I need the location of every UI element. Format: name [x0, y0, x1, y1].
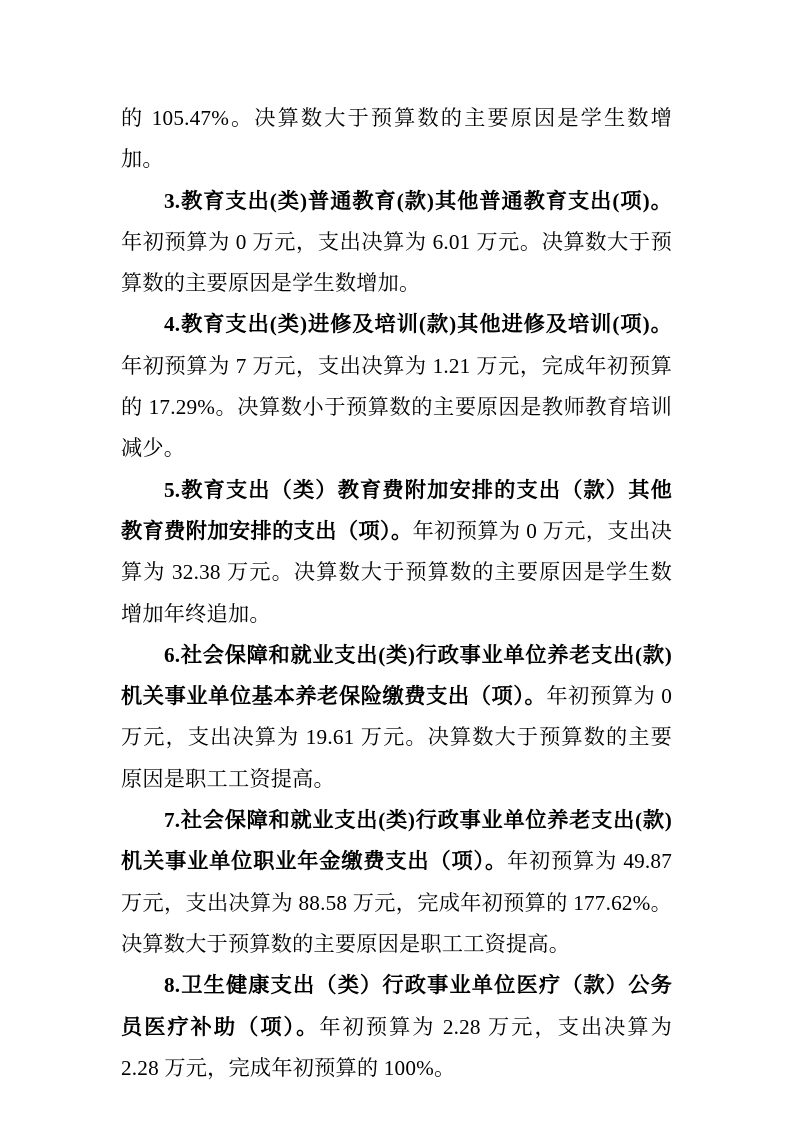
body-segment: 的 105.47%。决算数大于预算数的主要原因是学生数增加。	[121, 106, 672, 171]
paragraph: 3.教育支出(类)普通教育(款)其他普通教育支出(项)。年初预算为 0 万元，支…	[121, 181, 672, 305]
document-page: 的 105.47%。决算数大于预算数的主要原因是学生数增加。3.教育支出(类)普…	[0, 0, 793, 1122]
paragraph: 6.社会保障和就业支出(类)行政事业单位养老支出(款)机关事业单位基本养老保险缴…	[121, 635, 672, 800]
paragraph: 的 105.47%。决算数大于预算数的主要原因是学生数增加。	[121, 98, 672, 181]
body-segment: 年初预算为 7 万元，支出决算为 1.21 万元，完成年初预算的 17.29%。…	[121, 354, 672, 461]
paragraph: 5.教育支出（类）教育费附加安排的支出（款）其他教育费附加安排的支出（项）。年初…	[121, 470, 672, 635]
document-body: 的 105.47%。决算数大于预算数的主要原因是学生数增加。3.教育支出(类)普…	[121, 98, 672, 1089]
body-segment: 年初预算为 0 万元，支出决算为 6.01 万元。决算数大于预算数的主要原因是学…	[121, 230, 672, 295]
heading-segment: 3.教育支出(类)普通教育(款)其他普通教育支出(项)。	[164, 189, 672, 213]
heading-segment: 4.教育支出(类)进修及培训(款)其他进修及培训(项)。	[164, 312, 672, 336]
paragraph: 4.教育支出(类)进修及培训(款)其他进修及培训(项)。年初预算为 7 万元，支…	[121, 304, 672, 469]
paragraph: 7.社会保障和就业支出(类)行政事业单位养老支出(款)机关事业单位职业年金缴费支…	[121, 800, 672, 965]
paragraph: 8.卫生健康支出（类）行政事业单位医疗（款）公务员医疗补助（项）。年初预算为 2…	[121, 965, 672, 1089]
